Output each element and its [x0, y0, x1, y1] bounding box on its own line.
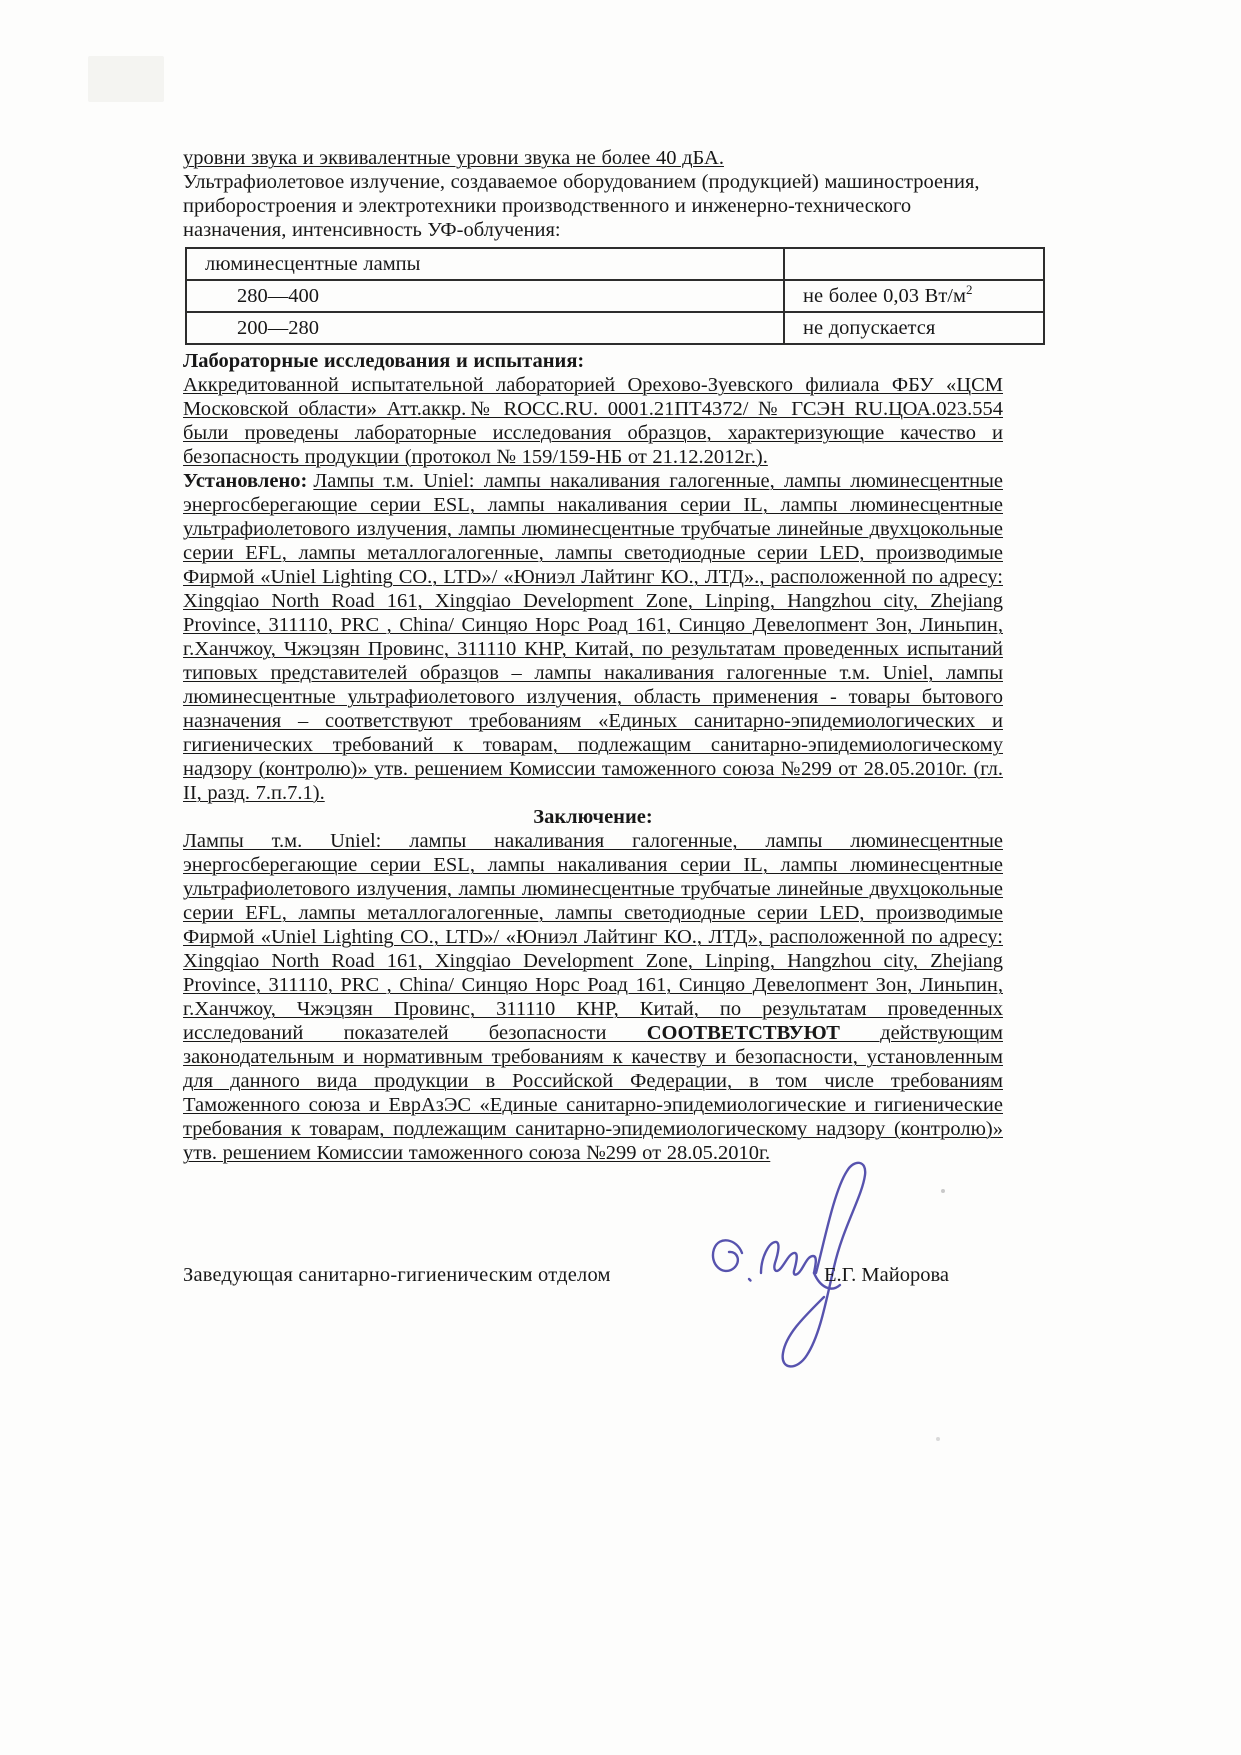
zakluchenie-heading: Заключение:	[183, 805, 1003, 829]
scan-speck	[936, 1437, 940, 1441]
ustanovleno-text: Лампы т.м. Uniel: лампы накаливания гало…	[183, 470, 1003, 804]
table-cell-value: не более 0,03 Вт/м2	[784, 280, 1044, 312]
table-row: люминесцентные лампы	[186, 248, 1044, 280]
ustanovleno-paragraph: Установлено:Лампы т.м. Uniel: лампы нака…	[183, 469, 1003, 805]
value-superscript: 2	[966, 282, 973, 297]
zakluchenie-bold-word: СООТВЕТСТВУЮТ	[647, 1022, 840, 1044]
scan-speck	[941, 1189, 945, 1193]
value-text: не более 0,03 Вт/м	[803, 285, 966, 307]
table-cell-value	[784, 248, 1044, 280]
table-cell-range: 200—280	[186, 312, 784, 344]
uv-paragraph: Ультрафиолетовое излучение, создаваемое …	[183, 170, 1003, 242]
table-row: 280—400 не более 0,03 Вт/м2	[186, 280, 1044, 312]
intro-line: уровни звука и эквивалентные уровни звук…	[183, 146, 1003, 170]
signatory-name: Е.Г. Майорова	[824, 1264, 949, 1287]
document-page: уровни звука и эквивалентные уровни звук…	[0, 0, 1241, 1755]
signatory-role: Заведующая санитарно-гигиеническим отдел…	[183, 1264, 611, 1287]
zakluchenie-paragraph: Лампы т.м. Uniel: лампы накаливания гало…	[183, 829, 1003, 1165]
table-cell-range: 280—400	[186, 280, 784, 312]
uv-intensity-table: люминесцентные лампы 280—400 не более 0,…	[185, 247, 1045, 345]
table-cell-value: не допускается	[784, 312, 1044, 344]
ustanovleno-label: Установлено:	[183, 470, 313, 492]
lab-section-body: Аккредитованной испытательной лаборатори…	[183, 373, 1003, 469]
table-cell-range: люминесцентные лампы	[186, 248, 784, 280]
scan-artifact	[88, 56, 164, 102]
lab-section-heading: Лабораторные исследования и испытания:	[183, 349, 1003, 373]
document-body: уровни звука и эквивалентные уровни звук…	[183, 146, 1003, 1165]
zakluchenie-text-start: Лампы т.м. Uniel: лампы накаливания гало…	[183, 830, 1003, 1044]
table-row: 200—280 не допускается	[186, 312, 1044, 344]
